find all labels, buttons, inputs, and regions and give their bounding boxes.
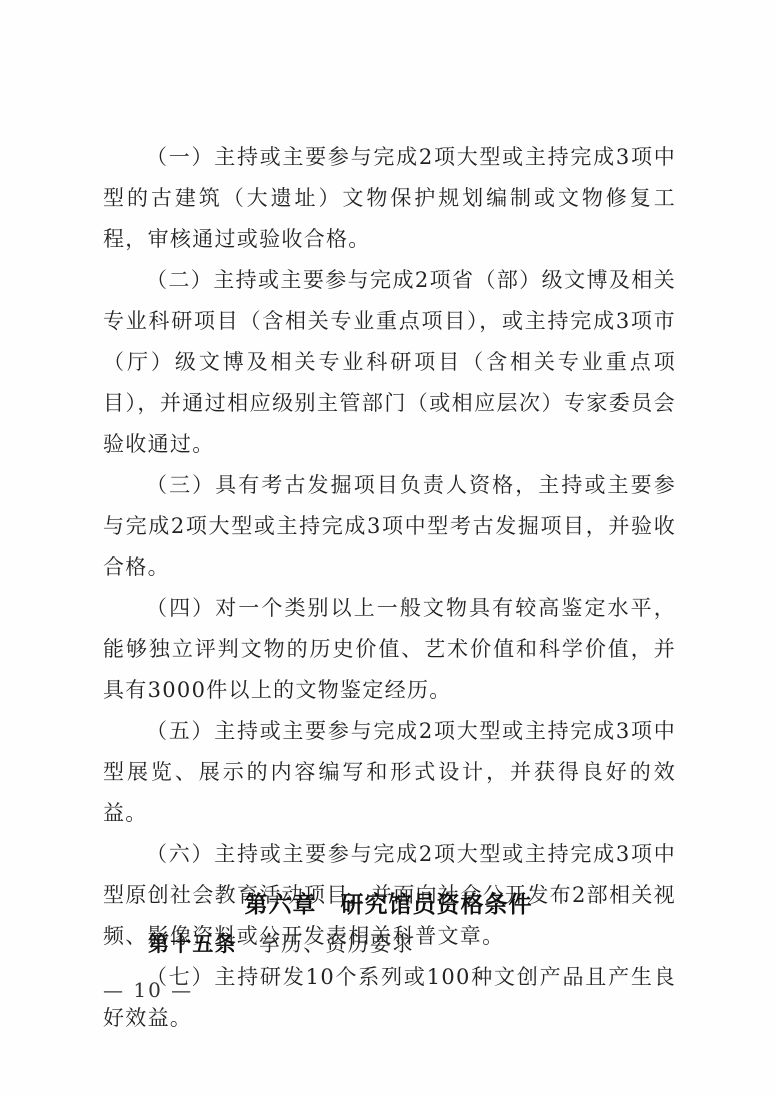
paragraph-item-5: （五）主持或主要参与完成2项大型或主持完成3项中型展览、展示的内容编写和形式设计… <box>103 711 676 834</box>
document-page: （一）主持或主要参与完成2项大型或主持完成3项中型的古建筑（大遗址）文物保护规划… <box>0 0 777 1097</box>
paragraph-item-1: （一）主持或主要参与完成2项大型或主持完成3项中型的古建筑（大遗址）文物保护规划… <box>103 137 676 260</box>
paragraph-item-2: （二）主持或主要参与完成2项省（部）级文博及相关专业科研项目（含相关专业重点项目… <box>103 260 676 465</box>
paragraph-item-3: （三）具有考古发掘项目负责人资格，主持或主要参与完成2项大型或主持完成3项中型考… <box>103 465 676 588</box>
article-heading: 第十五条学历、资历要求 <box>148 928 414 958</box>
chapter-heading: 第六章 研究馆员资格条件 <box>0 886 777 919</box>
page-number: — 10 — <box>103 978 193 1002</box>
paragraph-item-4: （四）对一个类别以上一般文物具有较高鉴定水平，能够独立评判文物的历史价值、艺术价… <box>103 588 676 711</box>
article-number: 第十五条 <box>148 932 237 956</box>
article-title: 学历、资历要求 <box>259 932 414 956</box>
